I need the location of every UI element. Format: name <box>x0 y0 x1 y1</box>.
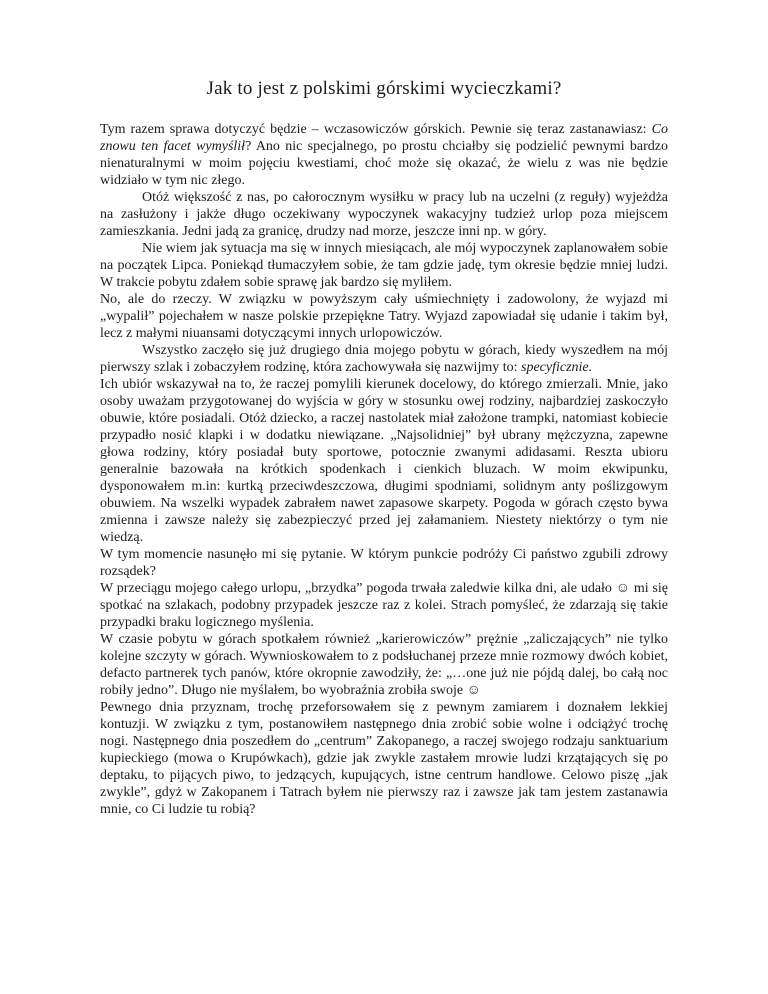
paragraph: No, ale do rzeczy. W związku w powyższym… <box>100 291 668 342</box>
document-body: Tym razem sprawa dotyczyć będzie – wczas… <box>100 121 668 818</box>
document-title: Jak to jest z polskimi górskimi wycieczk… <box>100 78 668 100</box>
text-run: Pewnego dnia przyznam, trochę przeforsow… <box>100 700 668 817</box>
text-run: Tym razem sprawa dotyczyć będzie – wczas… <box>100 122 652 137</box>
text-run: W przeciągu mojego całego urlopu, „brzyd… <box>100 581 668 630</box>
paragraph: W tym momencie nasunęło mi się pytanie. … <box>100 546 668 580</box>
paragraph: Pewnego dnia przyznam, trochę przeforsow… <box>100 699 668 818</box>
paragraph: Wszystko zaczęło się już drugiego dnia m… <box>100 342 668 376</box>
paragraph: Otóż większość z nas, po całorocznym wys… <box>100 189 668 240</box>
text-run: Nie wiem jak sytuacja ma się w innych mi… <box>100 241 668 290</box>
text-run-italic: specyficznie. <box>521 360 592 375</box>
paragraph: W czasie pobytu w górach spotkałem równi… <box>100 631 668 699</box>
text-run: Otóż większość z nas, po całorocznym wys… <box>100 190 668 239</box>
paragraph: Ich ubiór wskazywał na to, że raczej pom… <box>100 376 668 546</box>
paragraph: Tym razem sprawa dotyczyć będzie – wczas… <box>100 121 668 189</box>
paragraph: W przeciągu mojego całego urlopu, „brzyd… <box>100 580 668 631</box>
text-run: W tym momencie nasunęło mi się pytanie. … <box>100 547 668 579</box>
text-run: W czasie pobytu w górach spotkałem równi… <box>100 632 668 698</box>
text-run: Ich ubiór wskazywał na to, że raczej pom… <box>100 377 668 545</box>
document-page: Jak to jest z polskimi górskimi wycieczk… <box>0 0 768 994</box>
paragraph: Nie wiem jak sytuacja ma się w innych mi… <box>100 240 668 291</box>
text-run: No, ale do rzeczy. W związku w powyższym… <box>100 292 668 341</box>
